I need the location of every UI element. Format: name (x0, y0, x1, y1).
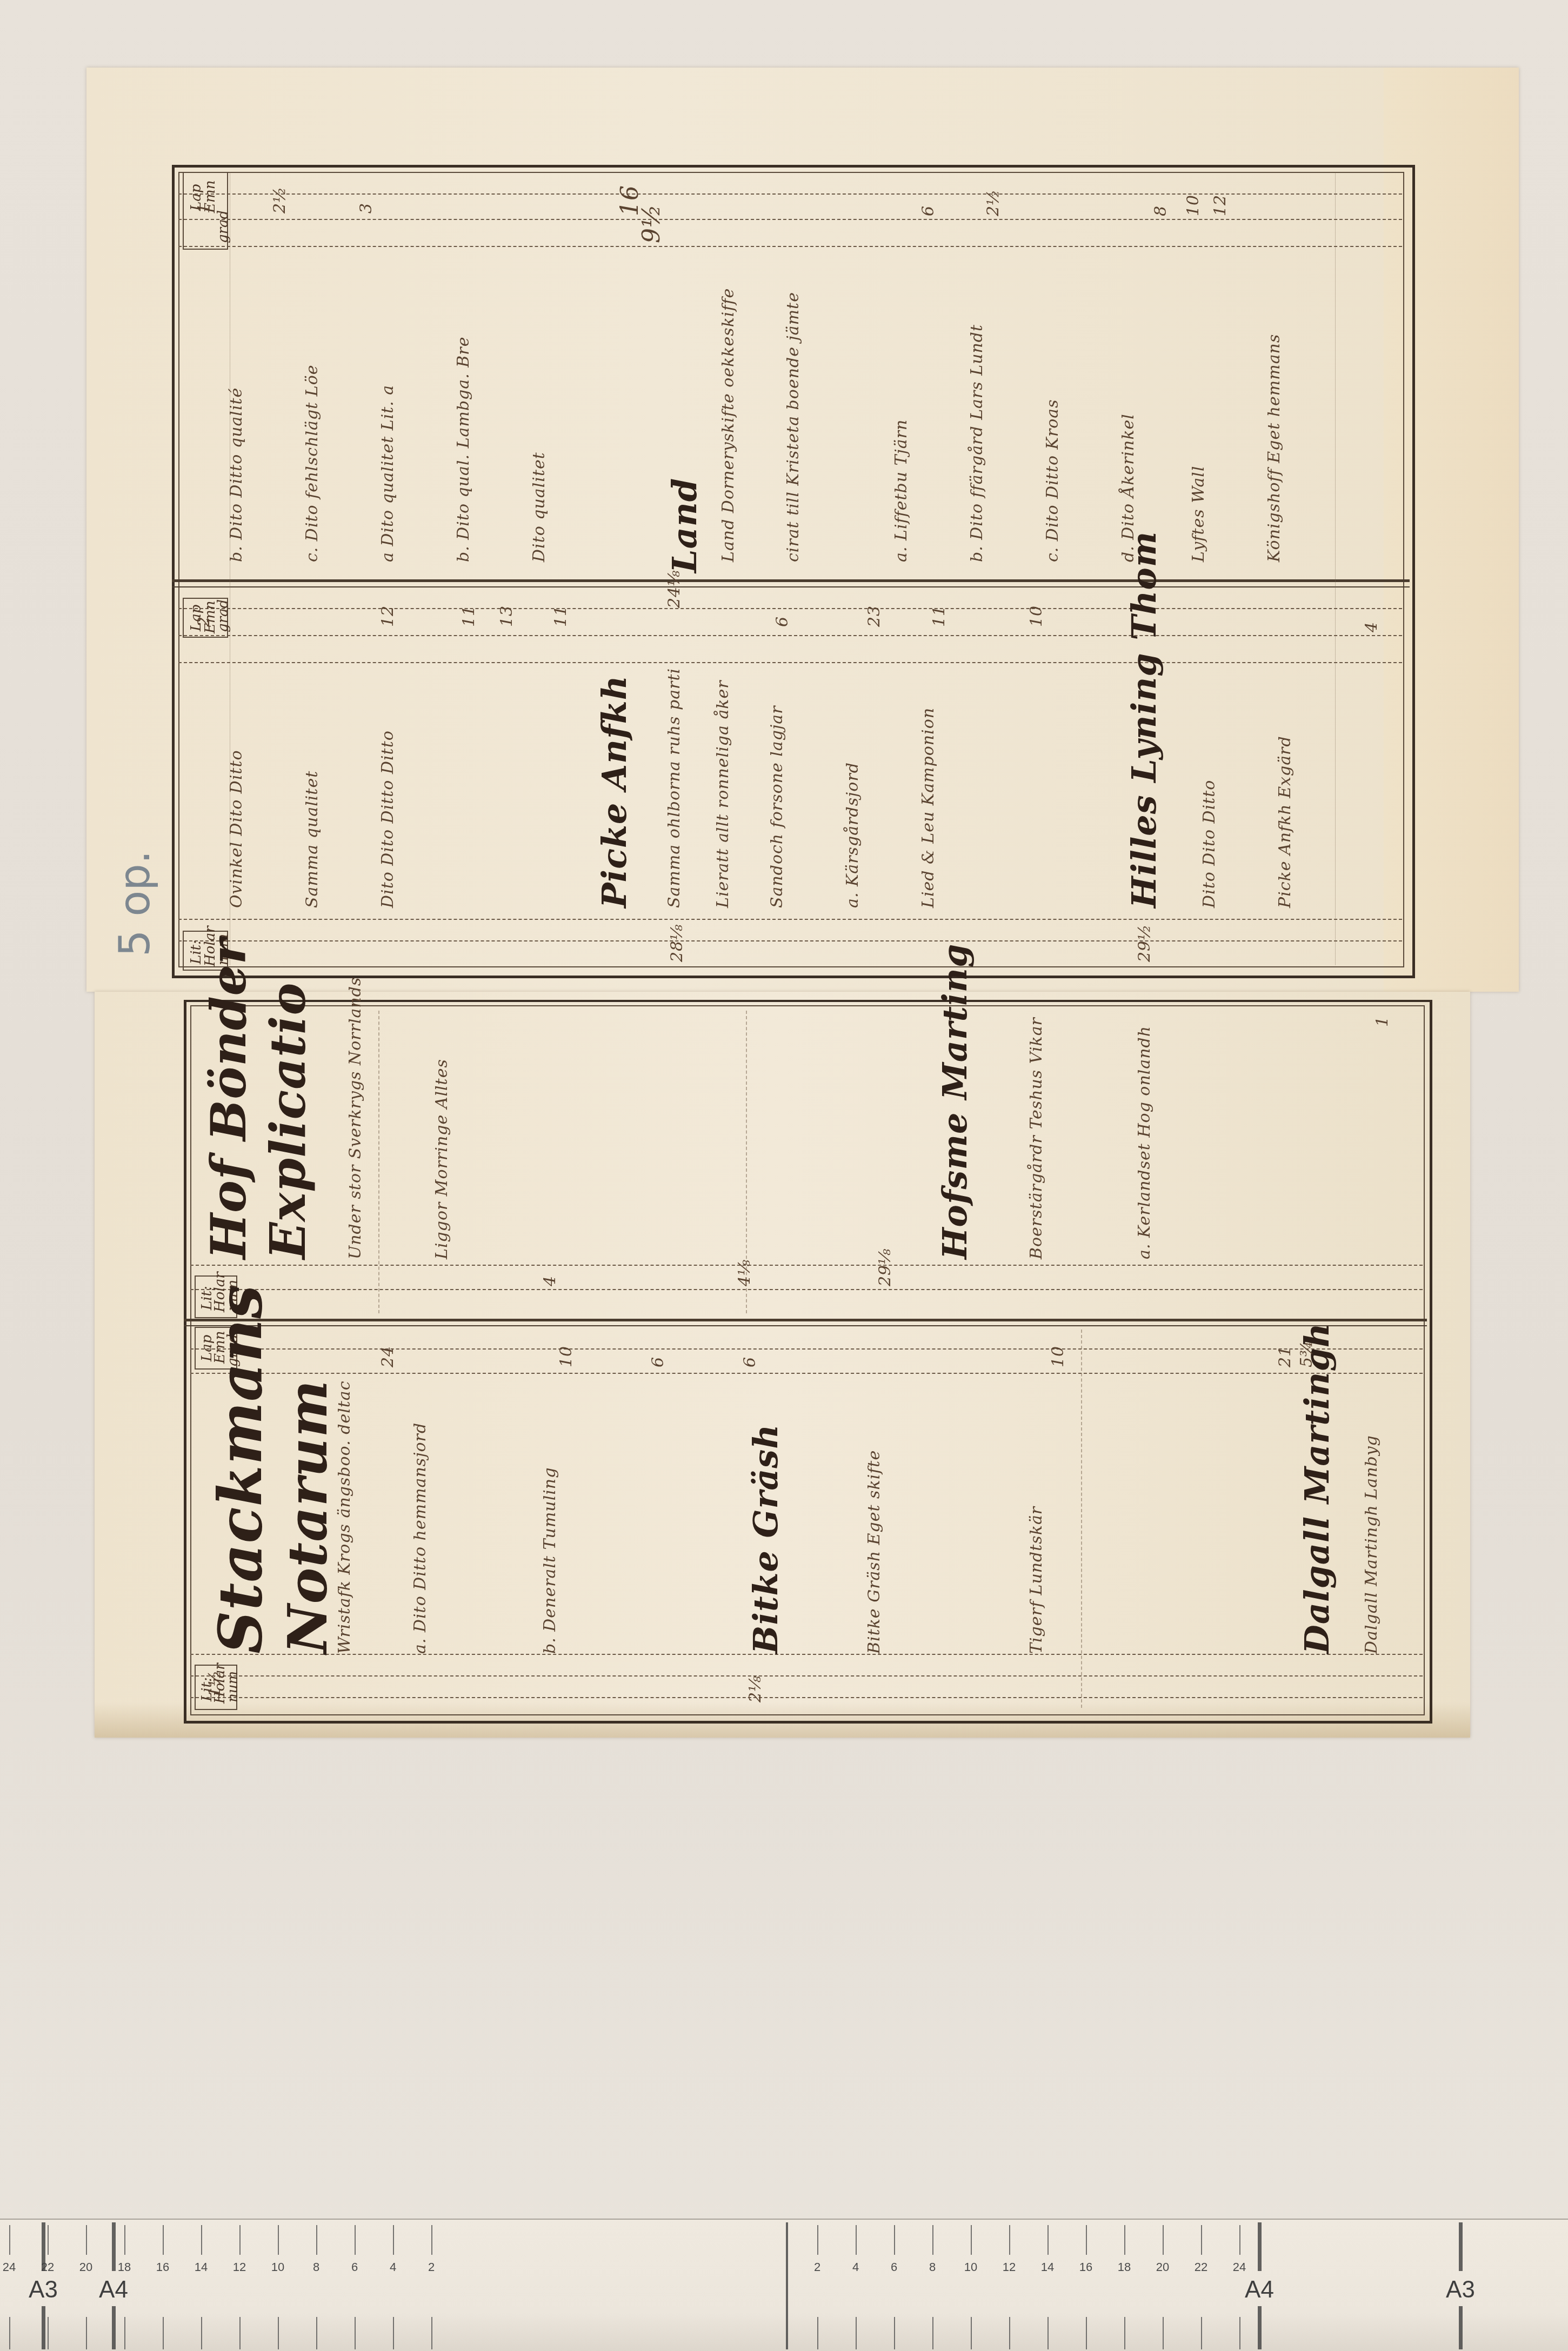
entry-line: Dito qualitet (530, 452, 549, 562)
entry-line: a. Liffetbu Tjärn (892, 419, 911, 562)
ruler-tick (316, 2317, 317, 2349)
ruler-tick-label: 12 (1003, 2260, 1016, 2274)
entry-line: b. Dito qual. Lambga. Bre (454, 337, 473, 562)
ruler-tick-label: 20 (1156, 2260, 1169, 2274)
ruling-line (1081, 1330, 1082, 1708)
sum-value: 2 (195, 616, 213, 627)
ruler-size-mark (112, 2222, 116, 2271)
sum-value: 1½ (205, 1670, 224, 1697)
entry-line: Lyftes Wall (1189, 466, 1208, 563)
ruler-tick-label: 18 (1118, 2260, 1131, 2274)
sum-margin-line (178, 940, 1402, 941)
ruler-tick (894, 2225, 895, 2255)
entry-line: a Dito qualitet Lit. a (378, 385, 397, 562)
sum-value: 6 (919, 205, 938, 216)
entry-line: b. Dito ffärgård Lars Lundt (968, 324, 986, 562)
sum-value: 21 (1276, 1346, 1295, 1367)
sum-value: 12 (1211, 195, 1230, 216)
entry-line: Samma ohlborna ruhs parti (665, 668, 684, 908)
entry-line: Dito Dito Ditto (1200, 780, 1219, 908)
sum-margin-line (190, 1373, 1423, 1374)
ruler-tick-label: 12 (233, 2260, 246, 2274)
sum-value: 10 (1184, 195, 1203, 216)
title-notarum: Notarum (276, 1380, 339, 1654)
ruler-size-label: A4 (1245, 2276, 1274, 2303)
ruler-tick (316, 2225, 317, 2255)
column-divider (172, 586, 1410, 587)
sum-value: 28⅛ (668, 924, 686, 962)
ruler-tick (856, 2225, 857, 2255)
ruling-line (746, 1011, 747, 1313)
column-divider (184, 1325, 1427, 1326)
entry-line: Samma qualitet (303, 771, 322, 908)
sum-value: 11 (459, 605, 478, 627)
ruling-line (1335, 172, 1336, 965)
entry-line: Liggor Morringe Alltes (432, 1059, 451, 1259)
sum-margin-line (190, 1265, 1423, 1266)
ruler-tick (239, 2317, 241, 2349)
ruler-tick-label: 8 (929, 2260, 936, 2274)
entry-line: a. Kärsgårdsjord (843, 762, 862, 908)
ruler-tick-label: 24 (1233, 2260, 1246, 2274)
ruler-tick (278, 2225, 279, 2255)
ruler-size-mark (1459, 2306, 1463, 2349)
ruler-tick (1009, 2225, 1010, 2255)
ruler-tick (86, 2317, 87, 2349)
ruler-tick (932, 2225, 933, 2255)
ruler-tick (894, 2317, 895, 2349)
entry-line: a. Dito Ditto hemmansjord (411, 1422, 430, 1654)
entry-line: c. Dito fehlschlägt Löe (303, 365, 322, 562)
sum-margin-line (190, 1348, 1423, 1350)
entry-sub-heading: Wristafk Krogs ängsboo. deltac (335, 1380, 354, 1654)
pencil-annotation: 5 op. (111, 851, 159, 957)
ruler-tick-label: 4 (390, 2260, 396, 2274)
sum-margin-line (190, 1675, 1423, 1677)
ruler-tick (971, 2317, 972, 2349)
sum-margin-line (178, 635, 1402, 636)
sum-value: 29½ (1135, 924, 1154, 962)
ruler-tick-label: 14 (195, 2260, 208, 2274)
ruler-tick-label: 2 (814, 2260, 820, 2274)
title-stackmans: Stackmans (205, 1285, 275, 1654)
ruler-tick (431, 2225, 432, 2255)
ruler-tick (932, 2317, 933, 2349)
ruler-tick-label: 4 (852, 2260, 859, 2274)
sum-value: 24⅛ (665, 570, 684, 608)
sum-value: 4 (541, 1275, 559, 1286)
ruler-tick (1009, 2317, 1010, 2349)
section-heading-hofsme: Hofsme Marting (935, 944, 975, 1259)
measurement-ruler: 2422201816141210864224681012141618202224… (0, 2219, 1568, 2351)
ruler-tick (163, 2317, 164, 2349)
sum-value: 12 (378, 605, 397, 627)
ruler-tick (201, 2225, 202, 2255)
ruler-tick (355, 2317, 356, 2349)
header-label-num: num (225, 1671, 241, 1702)
entry-line: Sandoch forsone lagjar (768, 706, 786, 908)
ruler-size-mark (1258, 2222, 1262, 2271)
section-heading-picke: Picke Anfkh (595, 675, 634, 908)
sum-value: 6 (773, 616, 792, 627)
sum-value: 10 (557, 1346, 576, 1367)
sum-margin-line (178, 246, 1402, 247)
ruler-tick (201, 2317, 202, 2349)
ruler-tick (9, 2225, 10, 2255)
sum-value: 10 (1049, 1346, 1067, 1367)
ruler-tick-label: 10 (271, 2260, 284, 2274)
ruler-size-mark (42, 2222, 45, 2271)
ruler-tick-label: 6 (891, 2260, 897, 2274)
section-heading-hilles: Hilles Lyning Thom (1124, 531, 1164, 908)
title-explicatio: Explicatio (259, 983, 317, 1259)
ruler-tick-label: 16 (156, 2260, 169, 2274)
entry-line: Tigerf Lundtskär (1027, 1506, 1046, 1654)
sum-margin-line (178, 662, 1402, 663)
sum-value: 13 (497, 605, 516, 627)
ruler-tick (9, 2317, 10, 2349)
ruler-tick (1086, 2317, 1087, 2349)
ruler-tick (1201, 2225, 1202, 2255)
ruler-tick (1086, 2225, 1087, 2255)
entry-line: cirat till Kristeta boende jämte (784, 292, 803, 562)
ruler-tick (355, 2225, 356, 2255)
sum-value: 2⅛ (746, 1675, 765, 1702)
section-heading-land: Land (665, 478, 704, 573)
sum-value: 3 (357, 203, 376, 213)
sum-value: 6 (649, 1357, 668, 1367)
sum-value: 10 (1027, 605, 1046, 627)
ruler-tick (431, 2317, 432, 2349)
section-heading-bitke: Bitke Gräsh (746, 1424, 785, 1654)
sum-value: 5¾ (1297, 1340, 1316, 1367)
ruler-tick (239, 2225, 241, 2255)
ruler-size-label: A3 (1446, 2276, 1475, 2303)
ruler-tick-label: 2 (428, 2260, 435, 2274)
section-heading-dalgall: Dalgall Martingh (1297, 1323, 1337, 1654)
ruler-size-label: A4 (99, 2276, 128, 2303)
sum-margin-line (178, 608, 1402, 609)
ruling-line (378, 1011, 379, 1313)
ruler-size-label: A3 (29, 2276, 58, 2303)
ruler-tick-label: 8 (313, 2260, 319, 2274)
entry-line: Dito Dito Ditto Ditto (378, 730, 397, 908)
ruler-tick (1124, 2317, 1125, 2349)
ruler-size-mark (1258, 2306, 1262, 2349)
entry-line: c. Dito Ditto Kroas (1043, 399, 1062, 562)
ruler-tick (393, 2225, 394, 2255)
ruler-tick (1163, 2225, 1164, 2255)
bottom-table-inner-frame (190, 1005, 1425, 1715)
ruler-tick-label: 24 (3, 2260, 16, 2274)
ruler-tick (1047, 2225, 1049, 2255)
ruler-tick (971, 2225, 972, 2255)
entry-line: Lied & Leu Kamponion (919, 707, 938, 908)
ruler-tick-label: 20 (79, 2260, 92, 2274)
title-hof-bonder: Hof Bönder (200, 938, 257, 1259)
ruler-tick (1239, 2317, 1240, 2349)
entry-line: Königshoff Eget hemmans (1265, 334, 1284, 562)
sum-value: 9½ (638, 204, 665, 243)
sum-value: 4 (1362, 622, 1381, 632)
entry-line: a. Kerlandset Hog onlandh (1135, 1026, 1154, 1259)
entry-line: Land Dorneryskifte oekkeskiffe (719, 288, 738, 562)
sum-margin-line (190, 1654, 1423, 1655)
sum-value: 2½ (270, 186, 289, 213)
ruler-size-mark (42, 2306, 45, 2349)
entry-line: Ovinkel Dito Ditto (227, 750, 246, 908)
ruler-tick-label: 16 (1079, 2260, 1092, 2274)
sum-value: 23 (865, 605, 884, 627)
sum-margin-line (178, 919, 1402, 920)
ruler-tick (48, 2225, 49, 2255)
sum-value: 1 (1373, 1016, 1392, 1027)
ruler-tick (817, 2317, 818, 2349)
header-label-grad: grad (215, 210, 231, 243)
ruler-tick (1201, 2317, 1202, 2349)
entry-line: b. Dito Ditto qualité (227, 388, 246, 562)
ruler-tick (817, 2225, 818, 2255)
sum-margin-line (190, 1697, 1423, 1698)
sum-value: 24 (378, 1346, 397, 1367)
ruler-tick (1163, 2317, 1164, 2349)
ruler-tick-label: 22 (1195, 2260, 1207, 2274)
ruler-tick (1124, 2225, 1125, 2255)
ruler-tick-label: 18 (118, 2260, 131, 2274)
ruler-size-mark (112, 2306, 116, 2349)
ruler-center-mark (786, 2222, 788, 2349)
ruler-tick (48, 2317, 49, 2349)
sum-value: 29⅛ (876, 1248, 895, 1286)
sum-value: 4⅛ (735, 1259, 754, 1286)
entry-line: Under stor Sverkrygs Norrlands (346, 977, 365, 1259)
entry-line: Lieratt allt ronneliga åker (713, 680, 732, 908)
ruler-tick (1047, 2317, 1049, 2349)
column-divider (172, 579, 1410, 582)
ruler-tick (163, 2225, 164, 2255)
ruler-tick (856, 2317, 857, 2349)
column-divider (184, 1319, 1427, 1321)
entry-line: Boerstärgårdr Teshus Vikar (1027, 1017, 1046, 1259)
ruler-tick (1239, 2225, 1240, 2255)
entry-line: Bitke Gräsh Eget skifte (865, 1450, 884, 1654)
ruler-size-mark (1459, 2222, 1463, 2271)
sum-value: 2½ (984, 189, 1003, 216)
entry-line: Picke Anfkh Exgärd (1276, 736, 1295, 908)
sum-value: 11 (551, 605, 570, 627)
sum-margin-line (190, 1289, 1423, 1290)
sum-value: 11 (930, 605, 949, 627)
ruler-tick (124, 2317, 125, 2349)
ruler-tick-label: 10 (964, 2260, 977, 2274)
sum-value: 6 (740, 1357, 759, 1367)
ruler-tick (278, 2317, 279, 2349)
sum-margin-line (178, 219, 1402, 220)
top-table-inner-frame (178, 172, 1404, 967)
header-label-grad: grad (215, 599, 231, 632)
sum-value: 1 (195, 203, 213, 213)
ruler-tick (124, 2225, 125, 2255)
ruler-tick (86, 2225, 87, 2255)
ruler-tick-label: 14 (1041, 2260, 1054, 2274)
entry-line: Dalgall Martingh Lanbyg (1362, 1435, 1381, 1654)
sum-value: 8 (1151, 205, 1170, 216)
entry-line: b. Deneralt Tumuling (541, 1467, 559, 1654)
ruler-tick-label: 6 (351, 2260, 358, 2274)
ruler-tick (393, 2317, 394, 2349)
